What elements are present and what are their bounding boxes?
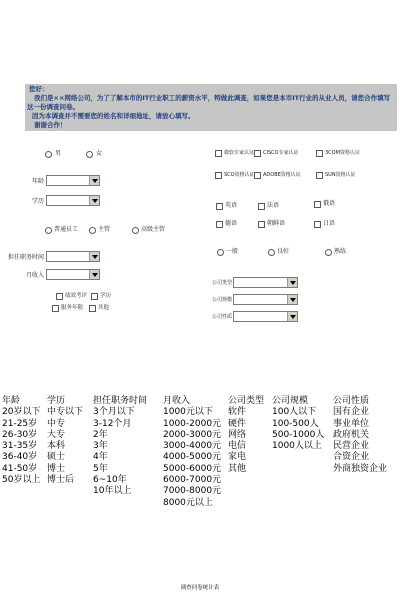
table-cell: 3个月以下 xyxy=(93,407,147,418)
column-header: 月收入 xyxy=(163,396,221,407)
gender-male-radio[interactable] xyxy=(45,151,52,158)
table-cell: 其他 xyxy=(228,464,264,475)
cert-3com-label: 3COM资格认证 xyxy=(325,150,360,157)
gender-male-label: 男 xyxy=(55,150,61,158)
table-cell: 2000-3000元 xyxy=(163,430,221,441)
notice-line: 这一份调查问卷。 xyxy=(27,103,395,112)
table-cell: 国有企业 xyxy=(333,407,387,418)
company-type-dropdown[interactable] xyxy=(233,277,298,288)
position-staff-label: 普通员工 xyxy=(54,226,78,234)
position-senior-supervisor-label: 高级主管 xyxy=(141,226,165,234)
table-cell: 4年 xyxy=(93,452,147,463)
dropdown-arrow-icon[interactable] xyxy=(89,176,99,185)
table-cell: 3000-4000元 xyxy=(163,441,221,452)
education-dropdown[interactable] xyxy=(46,195,100,206)
factor-education-checkbox[interactable] xyxy=(91,293,98,300)
dropdown-arrow-icon[interactable] xyxy=(287,295,297,304)
table-cell: 政府机关 xyxy=(333,430,387,441)
position-supervisor-label: 主管 xyxy=(98,226,110,234)
table-column-age: 年龄 20岁以下21-25岁26-30岁31-35岁36-40岁41-50岁50… xyxy=(2,396,40,486)
tenure-dropdown[interactable] xyxy=(46,251,100,262)
notice-banner: 您好： 我们是××网络公司，为了了解本市的IT行业职工的薪资水平，特做此调查，如… xyxy=(25,84,397,131)
proficiency-good-radio[interactable] xyxy=(268,249,275,256)
table-cell: 100-500人 xyxy=(272,419,324,430)
table-cell: 6~10年 xyxy=(93,475,147,486)
table-cell: 网络 xyxy=(228,430,264,441)
income-label: 月收入 xyxy=(14,272,44,280)
table-cell: 软件 xyxy=(228,407,264,418)
table-cell: 31-35岁 xyxy=(2,441,40,452)
factor-other-checkbox[interactable] xyxy=(89,305,96,312)
column-header: 年龄 xyxy=(2,396,40,407)
column-items: 软件硬件网络电信家电其他 xyxy=(228,407,264,475)
factor-other-label: 其他 xyxy=(98,305,109,312)
gender-female-label: 女 xyxy=(96,150,102,158)
lang-russian-label: 俄语 xyxy=(323,200,335,208)
column-header: 担任职务时间 xyxy=(93,396,147,407)
cert-cisco-label: CISCO专家认证 xyxy=(263,150,299,157)
education-label: 学历 xyxy=(14,198,44,206)
table-cell: 2年 xyxy=(93,430,147,441)
company-size-label: 公司规模 xyxy=(212,297,232,304)
table-cell: 8000元以上 xyxy=(163,498,221,509)
table-column-tenure: 担任职务时间 3个月以下3-12个月2年3年4年5年6~10年10年以上 xyxy=(93,396,147,498)
table-column-income: 月收入 1000元以下1000-2000元2000-3000元3000-4000… xyxy=(163,396,221,509)
table-cell: 41-50岁 xyxy=(2,464,40,475)
factor-performance-checkbox[interactable] xyxy=(56,293,63,300)
lang-english-checkbox[interactable] xyxy=(216,203,223,210)
column-header: 公司类型 xyxy=(228,396,264,407)
lang-japanese-label: 日语 xyxy=(323,220,335,228)
proficiency-average-radio[interactable] xyxy=(217,249,224,256)
cert-microsoft-label: 微软专家认证 xyxy=(224,150,254,157)
table-cell: 博士后 xyxy=(47,475,83,486)
table-cell: 中专以下 xyxy=(47,407,83,418)
proficiency-average-label: 一般 xyxy=(226,248,238,256)
column-items: 3个月以下3-12个月2年3年4年5年6~10年10年以上 xyxy=(93,407,147,497)
column-items: 100人以下100-500人500-1000人1000人以上 xyxy=(272,407,324,452)
lang-english-label: 英语 xyxy=(225,202,237,210)
table-cell: 26-30岁 xyxy=(2,430,40,441)
table-cell: 3年 xyxy=(93,441,147,452)
table-cell: 5年 xyxy=(93,464,147,475)
factor-service-years-label: 服务年限 xyxy=(61,305,83,312)
age-label: 年龄 xyxy=(14,178,44,186)
proficiency-fluent-radio[interactable] xyxy=(325,249,332,256)
company-nature-label: 公司性质 xyxy=(212,314,232,321)
position-supervisor-radio[interactable] xyxy=(89,227,96,234)
table-cell: 民营企业 xyxy=(333,441,387,452)
footer-caption: 调查问卷统计表 xyxy=(0,583,400,591)
cert-adobe-checkbox[interactable] xyxy=(254,172,261,179)
cert-3com-checkbox[interactable] xyxy=(316,150,323,157)
factor-service-years-checkbox[interactable] xyxy=(52,305,59,312)
cert-sco-label: SCO资格认证 xyxy=(224,172,255,179)
proficiency-fluent-label: 熟练 xyxy=(334,248,346,256)
column-items: 国有企业事业单位政府机关民营企业合资企业外商独资企业 xyxy=(333,407,387,475)
table-cell: 7000-8000元 xyxy=(163,486,221,497)
table-cell: 6000-7000元 xyxy=(163,475,221,486)
cert-microsoft-checkbox[interactable] xyxy=(215,150,222,157)
table-cell: 硕士 xyxy=(47,452,83,463)
survey-form-page: 您好： 我们是××网络公司，为了了解本市的IT行业职工的薪资水平，特做此调查，如… xyxy=(0,0,400,600)
table-cell: 10年以上 xyxy=(93,486,147,497)
table-cell: 1000元以下 xyxy=(163,407,221,418)
lang-japanese-checkbox[interactable] xyxy=(314,221,321,228)
lang-russian-checkbox[interactable] xyxy=(314,201,321,208)
table-cell: 500-1000人 xyxy=(272,430,324,441)
column-items: 1000元以下1000-2000元2000-3000元3000-4000元400… xyxy=(163,407,221,509)
column-items: 20岁以下21-25岁26-30岁31-35岁36-40岁41-50岁50岁以上 xyxy=(2,407,40,486)
table-cell: 家电 xyxy=(228,452,264,463)
column-header: 公司性质 xyxy=(333,396,387,407)
table-cell: 外商独资企业 xyxy=(333,464,387,475)
table-column-company-type: 公司类型 软件硬件网络电信家电其他 xyxy=(228,396,264,475)
table-cell: 50岁以上 xyxy=(2,475,40,486)
lang-french-label: 法语 xyxy=(267,202,279,210)
position-senior-supervisor-radio[interactable] xyxy=(132,227,139,234)
position-staff-radio[interactable] xyxy=(45,227,52,234)
proficiency-good-label: 良好 xyxy=(277,248,289,256)
notice-line: 您好： xyxy=(27,85,395,94)
table-cell: 1000人以上 xyxy=(272,441,324,452)
column-items: 中专以下中专大专本科硕士博士博士后 xyxy=(47,407,83,486)
table-cell: 博士 xyxy=(47,464,83,475)
table-cell: 4000-5000元 xyxy=(163,452,221,463)
table-cell: 事业单位 xyxy=(333,419,387,430)
lang-korean-checkbox[interactable] xyxy=(258,221,265,228)
lang-french-checkbox[interactable] xyxy=(258,203,265,210)
table-cell: 大专 xyxy=(47,430,83,441)
cert-sco-checkbox[interactable] xyxy=(215,172,222,179)
notice-line: 因为本调查并不需要您的姓名和详细地址，请放心填写。 xyxy=(27,112,395,121)
age-dropdown[interactable] xyxy=(46,175,100,186)
table-column-education: 学历 中专以下中专大专本科硕士博士博士后 xyxy=(47,396,83,486)
lang-german-checkbox[interactable] xyxy=(216,221,223,228)
table-cell: 36-40岁 xyxy=(2,452,40,463)
table-cell: 20岁以下 xyxy=(2,407,40,418)
lang-german-label: 德语 xyxy=(225,220,237,228)
gender-female-radio[interactable] xyxy=(86,151,93,158)
cert-cisco-checkbox[interactable] xyxy=(254,150,261,157)
dropdown-arrow-icon[interactable] xyxy=(287,278,297,287)
table-cell: 100人以下 xyxy=(272,407,324,418)
table-cell: 1000-2000元 xyxy=(163,419,221,430)
dropdown-arrow-icon[interactable] xyxy=(89,270,99,279)
notice-line: 我们是××网络公司，为了了解本市的IT行业职工的薪资水平，特做此调查，如果您是本… xyxy=(27,94,395,103)
company-size-dropdown[interactable] xyxy=(233,294,298,305)
table-cell: 中专 xyxy=(47,419,83,430)
table-cell: 硬件 xyxy=(228,419,264,430)
factor-performance-label: 绩效考评 xyxy=(65,293,87,300)
cert-sun-checkbox[interactable] xyxy=(316,172,323,179)
notice-line: 谢谢合作！ xyxy=(27,121,395,130)
cert-adobe-label: ADOBE资格认证 xyxy=(263,172,301,179)
table-cell: 电信 xyxy=(228,441,264,452)
column-header: 公司规模 xyxy=(272,396,324,407)
table-cell: 3-12个月 xyxy=(93,419,147,430)
table-cell: 本科 xyxy=(47,441,83,452)
column-header: 学历 xyxy=(47,396,83,407)
dropdown-arrow-icon[interactable] xyxy=(287,312,297,321)
company-type-label: 公司类型 xyxy=(212,280,232,287)
cert-sun-label: SUN资格认证 xyxy=(325,172,356,179)
table-cell: 21-25岁 xyxy=(2,419,40,430)
table-column-company-nature: 公司性质 国有企业事业单位政府机关民营企业合资企业外商独资企业 xyxy=(333,396,387,475)
table-cell: 合资企业 xyxy=(333,452,387,463)
dropdown-arrow-icon[interactable] xyxy=(89,196,99,205)
lang-korean-label: 朝鲜语 xyxy=(267,220,285,228)
tenure-label: 担任职务时间 xyxy=(2,254,44,262)
company-nature-dropdown[interactable] xyxy=(233,311,298,322)
dropdown-arrow-icon[interactable] xyxy=(89,252,99,261)
table-cell: 5000-6000元 xyxy=(163,464,221,475)
table-column-company-size: 公司规模 100人以下100-500人500-1000人1000人以上 xyxy=(272,396,324,452)
income-dropdown[interactable] xyxy=(46,269,100,280)
factor-education-label: 学历 xyxy=(100,293,111,300)
